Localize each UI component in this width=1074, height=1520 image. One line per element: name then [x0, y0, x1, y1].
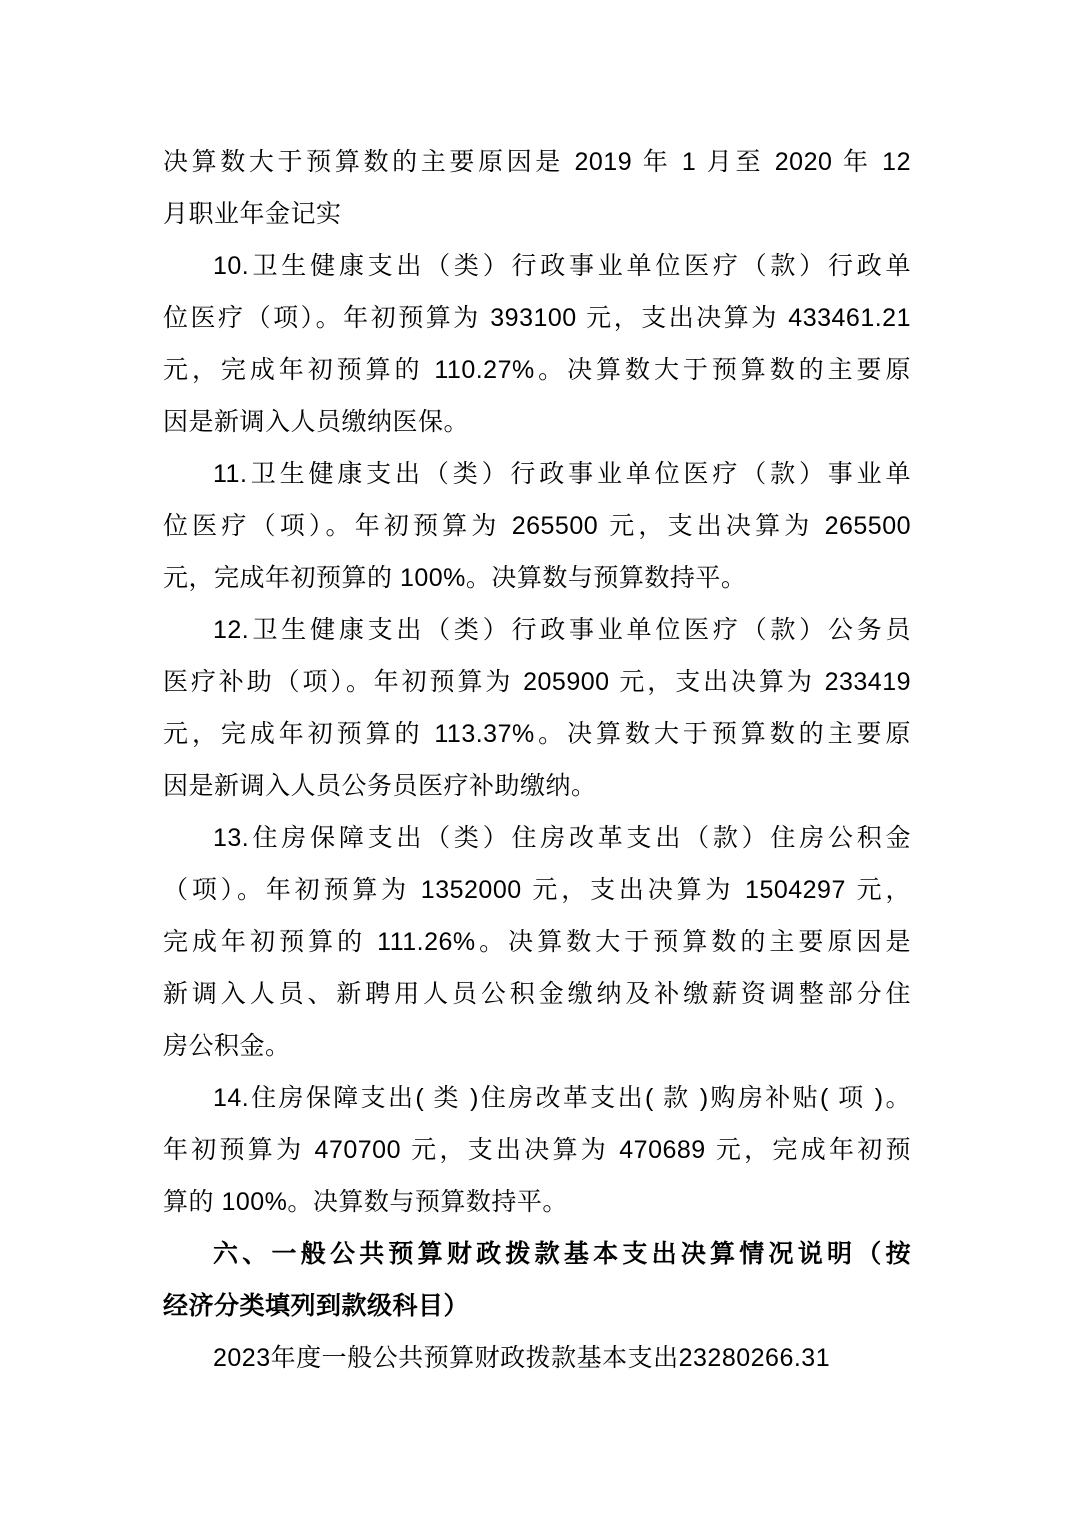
document-page: 决算数大于预算数的主要原因是 2019 年 1 月至 2020 年 12 月职业… — [0, 0, 1074, 1520]
doc-line-1: 决算数大于预算数的主要原因是 2019 年 1 月至 2020 年 12 — [163, 136, 911, 188]
doc-line-16: 完成年初预算的 111.26%。决算数大于预算数的主要原因是 — [163, 916, 911, 968]
doc-line-24: 2023年度一般公共预算财政拨款基本支出23280266.31 — [163, 1332, 911, 1384]
doc-line-6: 因是新调入人员缴纳医保。 — [163, 396, 911, 448]
section-heading-line-2: 经济分类填列到款级科目） — [163, 1280, 911, 1332]
doc-line-20: 年初预算为 470700 元，支出决算为 470689 元，完成年初预 — [163, 1124, 911, 1176]
doc-line-19: 14.住房保障支出( 类 )住房改革支出( 款 )购房补贴( 项 )。 — [163, 1072, 911, 1124]
doc-line-12: 元，完成年初预算的 113.37%。决算数大于预算数的主要原 — [163, 708, 911, 760]
doc-line-10: 12.卫生健康支出（类）行政事业单位医疗（款）公务员 — [163, 604, 911, 656]
document-body: 决算数大于预算数的主要原因是 2019 年 1 月至 2020 年 12 月职业… — [163, 136, 911, 1384]
doc-line-4: 位医疗（项）。年初预算为 393100 元，支出决算为 433461.21 — [163, 292, 911, 344]
doc-line-3: 10.卫生健康支出（类）行政事业单位医疗（款）行政单 — [163, 240, 911, 292]
doc-line-21: 算的 100%。决算数与预算数持平。 — [163, 1176, 911, 1228]
doc-line-7: 11.卫生健康支出（类）行政事业单位医疗（款）事业单 — [163, 448, 911, 500]
doc-line-8: 位医疗（项）。年初预算为 265500 元，支出决算为 265500 — [163, 500, 911, 552]
doc-line-9: 元，完成年初预算的 100%。决算数与预算数持平。 — [163, 552, 911, 604]
doc-line-2: 月职业年金记实 — [163, 188, 911, 240]
doc-line-5: 元，完成年初预算的 110.27%。决算数大于预算数的主要原 — [163, 344, 911, 396]
doc-line-18: 房公积金。 — [163, 1020, 911, 1072]
doc-line-17: 新调入人员、新聘用人员公积金缴纳及补缴薪资调整部分住 — [163, 968, 911, 1020]
doc-line-13: 因是新调入人员公务员医疗补助缴纳。 — [163, 760, 911, 812]
doc-line-15: （项）。年初预算为 1352000 元，支出决算为 1504297 元， — [163, 864, 911, 916]
doc-line-11: 医疗补助（项）。年初预算为 205900 元，支出决算为 233419 — [163, 656, 911, 708]
doc-line-14: 13.住房保障支出（类）住房改革支出（款）住房公积金 — [163, 812, 911, 864]
section-heading-line-1: 六、一般公共预算财政拨款基本支出决算情况说明（按 — [163, 1228, 911, 1280]
